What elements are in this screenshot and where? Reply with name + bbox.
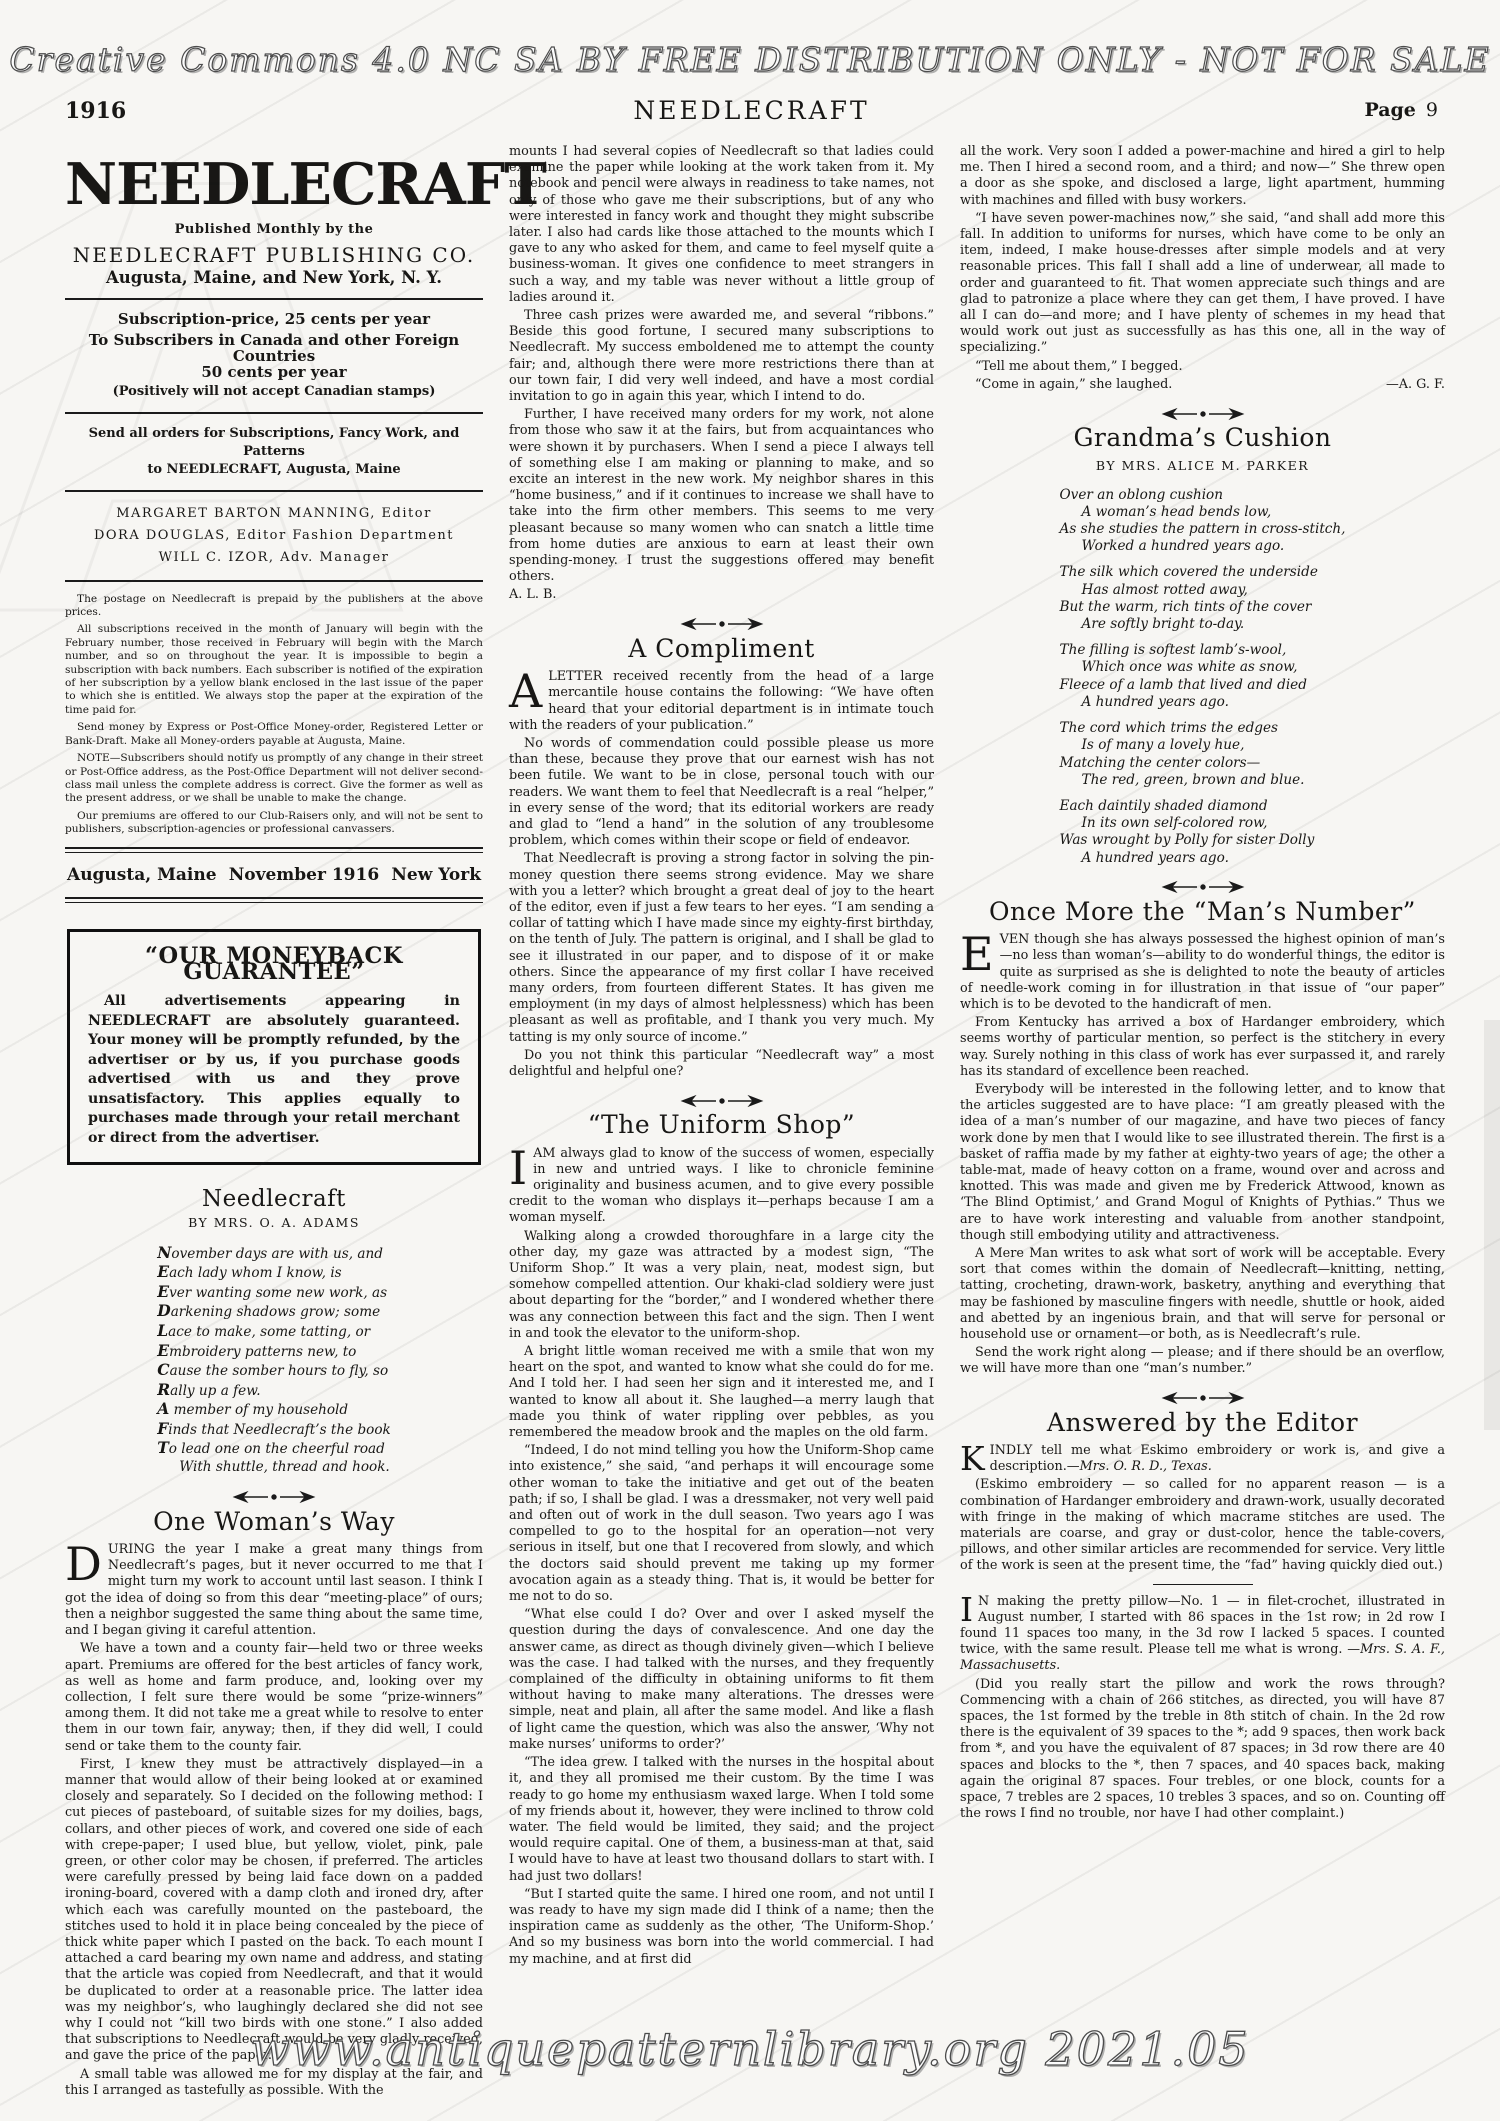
editor-answer: (Eskimo embroidery — so called for no ap… <box>960 1477 1445 1574</box>
guarantee-brand: NEEDLECRAFT <box>88 1013 210 1029</box>
article-paragraph: “Indeed, I do not mind telling you how t… <box>509 1443 934 1605</box>
article-paragraph: all the work. Very soon I added a power-… <box>960 144 1445 209</box>
page-columns: NEEDLECRAFT Published Monthly by the NEE… <box>0 130 1500 2101</box>
poem-needlecraft-byline: BY MRS. O. A. ADAMS <box>65 1215 483 1231</box>
notice-send-money: Send money by Express or Post-Office Mon… <box>65 721 483 748</box>
notice-postage: The postage on Needlecraft is prepaid by… <box>65 593 483 620</box>
running-title: NEEDLECRAFT <box>65 96 1438 125</box>
dateline-city-right: New York <box>391 867 481 883</box>
drop-cap: I <box>509 1150 527 1187</box>
divider-ornament <box>960 406 1445 422</box>
reader-question: IN making the pretty pillow—No. 1 — in f… <box>960 1594 1445 1675</box>
moneyback-guarantee-box: “OUR MONEYBACK GUARANTEE” All advertisem… <box>67 929 481 1165</box>
arrow-ornament-icon <box>232 1490 316 1504</box>
poem-line-text: ach lady whom I know, is <box>169 1265 342 1281</box>
rule <box>65 490 483 492</box>
column-left: NEEDLECRAFT Published Monthly by the NEE… <box>65 144 483 2101</box>
acrostic-letter: E <box>157 1282 169 1301</box>
poem-line: Each daintily shaded diamond <box>1060 798 1346 815</box>
poem-line: Finds that Needlecraft’s the book <box>157 1420 391 1440</box>
poem-line: Was wrought by Polly for sister Dolly <box>1060 832 1346 849</box>
acrostic-letter: F <box>157 1419 168 1438</box>
acrostic-letter: T <box>157 1438 169 1457</box>
poem-line: A woman’s head bends low, <box>1082 504 1346 521</box>
editor-answer: (Did you really start the pillow and wor… <box>960 1677 1445 1823</box>
guarantee-body: All advertisements appearing in NEEDLECR… <box>88 992 460 1148</box>
poem-line: The silk which covered the underside <box>1060 564 1346 581</box>
paragraph-text: AM always glad to know of the success of… <box>509 1146 934 1226</box>
acrostic-letter: A <box>157 1399 169 1418</box>
notice-premiums: Our premiums are offered to our Club-Rai… <box>65 810 483 837</box>
drop-cap: D <box>65 1546 102 1583</box>
poem-line: Worked a hundred years ago. <box>1082 538 1346 555</box>
poem-line: Each lady whom I know, is <box>157 1263 391 1283</box>
paragraph-text: URING the year I make a great many thing… <box>65 1542 483 1638</box>
short-rule <box>1153 1584 1253 1585</box>
arrow-ornament-icon <box>1161 407 1245 421</box>
acrostic-letter: D <box>157 1301 170 1320</box>
page-header: 1916 NEEDLECRAFT Page9 <box>65 96 1438 130</box>
article-paragraph: Further, I have received many orders for… <box>509 407 934 585</box>
cc-license-banner: Creative Commons 4.0 NC SA BY FREE DISTR… <box>0 40 1500 79</box>
poem-line: The filling is softest lamb’s-wool, <box>1060 642 1346 659</box>
publishing-company: NEEDLECRAFT PUBLISHING CO. <box>65 247 483 263</box>
divider-ornament <box>509 617 934 633</box>
poem-line: A member of my household <box>157 1400 391 1420</box>
poem-line: A hundred years ago. <box>1082 694 1346 711</box>
poem-line: Fleece of a lamb that lived and died <box>1060 677 1346 694</box>
column-right: all the work. Very soon I added a power-… <box>960 144 1445 2101</box>
poem-line: Has almost rotted away, <box>1082 582 1346 599</box>
poem-grandmas-cushion-title: Grandma’s Cushion <box>960 430 1445 446</box>
drop-cap: K <box>960 1446 985 1472</box>
article-paragraph: mounts I had several copies of Needlecra… <box>509 144 934 306</box>
poem-line-text: arkening shadows grow; some <box>171 1304 380 1320</box>
article-paragraph: A Mere Man writes to ask what sort of wo… <box>960 1246 1445 1343</box>
poem-line-text: ally up a few. <box>170 1383 260 1399</box>
poem-line: Matching the center colors— <box>1060 755 1346 772</box>
poem-stanza: The cord which trims the edges Is of man… <box>1060 720 1346 789</box>
closing-quote: “Come in again,” she laughed. <box>960 377 1172 393</box>
article-paragraph: IAM always glad to know of the success o… <box>509 1146 934 1227</box>
poem-line-text: ause the somber hours to fly, so <box>170 1363 389 1379</box>
divider-ornament <box>960 1391 1445 1407</box>
article-signature: A. L. B. <box>509 587 934 603</box>
column-middle: mounts I had several copies of Needlecra… <box>509 144 934 2101</box>
orders-address-line2: to NEEDLECRAFT, Augusta, Maine <box>65 461 483 479</box>
stamps-note: (Positively will not accept Canadian sta… <box>65 384 483 400</box>
article-title-uniform-shop: “The Uniform Shop” <box>509 1117 934 1133</box>
article-paragraph: That Needlecraft is proving a strong fac… <box>509 851 934 1045</box>
poem-line: Is of many a lovely hue, <box>1082 737 1346 754</box>
masthead-logo: NEEDLECRAFT <box>65 154 483 216</box>
poem-stanza: Each daintily shaded diamond In its own … <box>1060 798 1346 867</box>
page-label: Page <box>1364 99 1415 121</box>
poem-line-text: mbroidery patterns new, to <box>169 1344 356 1360</box>
poem-line: With shuttle, thread and hook. <box>179 1459 391 1477</box>
magazine-page: A Creative Commons 4.0 NC SA BY FREE DIS… <box>0 0 1500 2121</box>
paragraph-text: VEN though she has always possessed the … <box>960 932 1445 1012</box>
staff-editor: MARGARET BARTON MANNING, Editor <box>65 503 483 525</box>
article-title-one-womans-way: One Woman’s Way <box>65 1514 483 1530</box>
dateline: Augusta, Maine November 1916 New York <box>65 863 483 887</box>
article-paragraph: “Tell me about them,” I begged. <box>960 359 1445 375</box>
poem-needlecraft: November days are with us, and Each lady… <box>157 1244 391 1477</box>
published-monthly-line: Published Monthly by the <box>65 222 483 238</box>
drop-cap: E <box>960 936 994 973</box>
article-paragraph: No words of commendation could possible … <box>509 736 934 849</box>
publisher-location: Augusta, Maine, and New York, N. Y. <box>65 270 483 286</box>
article-title-a-compliment: A Compliment <box>509 641 934 657</box>
paragraph-text: LETTER received recently from the head o… <box>509 669 934 733</box>
poem-line-text: ace to make, some tatting, or <box>168 1324 370 1340</box>
poem-line: To lead one on the cheerful road <box>157 1439 391 1459</box>
poem-grandmas-cushion: Over an oblong cushion A woman’s head be… <box>1060 487 1346 867</box>
divider-ornament <box>65 1490 483 1506</box>
notice-address-change: NOTE—Subscribers should notify us prompt… <box>65 752 483 806</box>
double-rule <box>65 847 483 853</box>
acrostic-letter: R <box>157 1380 170 1399</box>
poem-line-text: ovember days are with us, and <box>171 1246 383 1262</box>
divider-ornament <box>509 1093 934 1109</box>
poem-line: Lace to make, some tatting, or <box>157 1322 391 1342</box>
arrow-ornament-icon <box>680 1094 764 1108</box>
article-paragraph: First, I knew they must be attractively … <box>65 1757 483 2065</box>
poem-line: November days are with us, and <box>157 1244 391 1264</box>
notice-subscriptions: All subscriptions received in the month … <box>65 623 483 717</box>
article-paragraph: We have a town and a county fair—held tw… <box>65 1641 483 1754</box>
article-paragraph: Everybody will be interested in the foll… <box>960 1082 1445 1244</box>
article-closing-line: “Come in again,” she laughed.—A. G. F. <box>960 377 1445 393</box>
acrostic-letter: E <box>157 1262 169 1281</box>
page-number: Page9 <box>1364 99 1438 121</box>
page-number-value: 9 <box>1426 99 1438 121</box>
drop-cap: I <box>960 1597 973 1623</box>
divider-ornament <box>960 880 1445 896</box>
dateline-issue-date: November 1916 <box>229 867 379 883</box>
poem-line: Cause the somber hours to fly, so <box>157 1361 391 1381</box>
footer-watermark-url: www.antiquepatternlibrary.org 2021.05 <box>0 2022 1500 2076</box>
poem-line: Rally up a few. <box>157 1381 391 1401</box>
guarantee-title: “OUR MONEYBACK GUARANTEE” <box>88 948 460 980</box>
poem-needlecraft-title: Needlecraft <box>65 1191 483 1207</box>
poem-line: The red, green, brown and blue. <box>1082 772 1346 789</box>
arrow-ornament-icon <box>1161 1391 1245 1405</box>
article-paragraph: DURING the year I make a great many thin… <box>65 1542 483 1639</box>
poem-line-text: inds that Needlecraft’s the book <box>168 1422 391 1438</box>
article-paragraph: “The idea grew. I talked with the nurses… <box>509 1755 934 1885</box>
article-title-mans-number: Once More the “Man’s Number” <box>960 904 1445 920</box>
article-paragraph: A bright little woman received me with a… <box>509 1344 934 1441</box>
acrostic-letter: E <box>157 1341 169 1360</box>
subscription-notices: The postage on Needlecraft is prepaid by… <box>65 593 483 837</box>
article-signature: —A. G. F. <box>1371 377 1445 393</box>
rule <box>65 580 483 582</box>
scan-band-artifact <box>1484 1020 1500 1430</box>
article-paragraph: Do you not think this particular “Needle… <box>509 1048 934 1080</box>
staff-adv-manager: WILL C. IZOR, Adv. Manager <box>65 547 483 569</box>
rule <box>65 412 483 414</box>
poem-stanza: The silk which covered the underside Has… <box>1060 564 1346 633</box>
reader-question: KINDLY tell me what Eskimo embroidery or… <box>960 1443 1445 1475</box>
orders-address-line1: Send all orders for Subscriptions, Fancy… <box>65 425 483 461</box>
poem-stanza: The filling is softest lamb’s-wool, Whic… <box>1060 642 1346 711</box>
arrow-ornament-icon <box>680 617 764 631</box>
poem-line: Darkening shadows grow; some <box>157 1302 391 1322</box>
poem-stanza: Over an oblong cushion A woman’s head be… <box>1060 487 1346 556</box>
poem-line: Are softly bright to-day. <box>1082 616 1346 633</box>
acrostic-letter: L <box>157 1321 168 1340</box>
subscription-price: Subscription-price, 25 cents per year <box>65 311 483 327</box>
arrow-ornament-icon <box>1161 880 1245 894</box>
article-paragraph: “But I started quite the same. I hired o… <box>509 1887 934 1968</box>
drop-cap: A <box>509 673 542 710</box>
article-paragraph: ALETTER received recently from the head … <box>509 669 934 734</box>
poem-line: The cord which trims the edges <box>1060 720 1346 737</box>
poem-line-text: member of my household <box>169 1402 348 1418</box>
poem-line: But the warm, rich tints of the cover <box>1060 599 1346 616</box>
staff-fashion-editor: DORA DOUGLAS, Editor Fashion Department <box>65 525 483 547</box>
double-rule <box>65 897 483 903</box>
article-paragraph: “I have seven power-machines now,” she s… <box>960 211 1445 357</box>
article-title-answered-by-editor: Answered by the Editor <box>960 1415 1445 1431</box>
article-paragraph: Three cash prizes were awarded me, and s… <box>509 308 934 405</box>
article-paragraph: “What else could I do? Over and over I a… <box>509 1607 934 1753</box>
acrostic-letter: N <box>157 1243 171 1262</box>
poem-line: Which once was white as snow, <box>1082 659 1346 676</box>
canada-price-line1: To Subscribers in Canada and other Forei… <box>65 332 483 364</box>
canada-price-line2: 50 cents per year <box>65 364 483 380</box>
poem-grandmas-cushion-byline: BY MRS. ALICE M. PARKER <box>960 458 1445 474</box>
poem-line: In its own self-colored row, <box>1082 815 1346 832</box>
article-paragraph: EVEN though she has always possessed the… <box>960 932 1445 1013</box>
poem-line: A hundred years ago. <box>1082 850 1346 867</box>
article-paragraph: From Kentucky has arrived a box of Harda… <box>960 1015 1445 1080</box>
article-paragraph: Send the work right along — please; and … <box>960 1345 1445 1377</box>
rule <box>65 298 483 300</box>
question-text: INDLY tell me what Eskimo embroidery or … <box>990 1443 1445 1474</box>
poem-line: Over an oblong cushion <box>1060 487 1346 504</box>
guarantee-body-pre: All advertisements appearing in <box>104 993 460 1009</box>
poem-line: As she studies the pattern in cross-stit… <box>1060 521 1346 538</box>
acrostic-letter: C <box>157 1360 169 1379</box>
poem-line: Embroidery patterns new, to <box>157 1342 391 1362</box>
guarantee-body-post: are absolutely guaranteed. Your money wi… <box>88 1013 460 1146</box>
poem-line: Ever wanting some new work, as <box>157 1283 391 1303</box>
poem-line-text: o lead one on the cheerful road <box>169 1441 385 1457</box>
poem-line-text: ver wanting some new work, as <box>169 1285 387 1301</box>
question-attribution: Mrs. O. R. D., Texas. <box>1080 1459 1212 1474</box>
article-paragraph: Walking along a crowded thoroughfare in … <box>509 1229 934 1342</box>
dateline-city-left: Augusta, Maine <box>67 867 217 883</box>
